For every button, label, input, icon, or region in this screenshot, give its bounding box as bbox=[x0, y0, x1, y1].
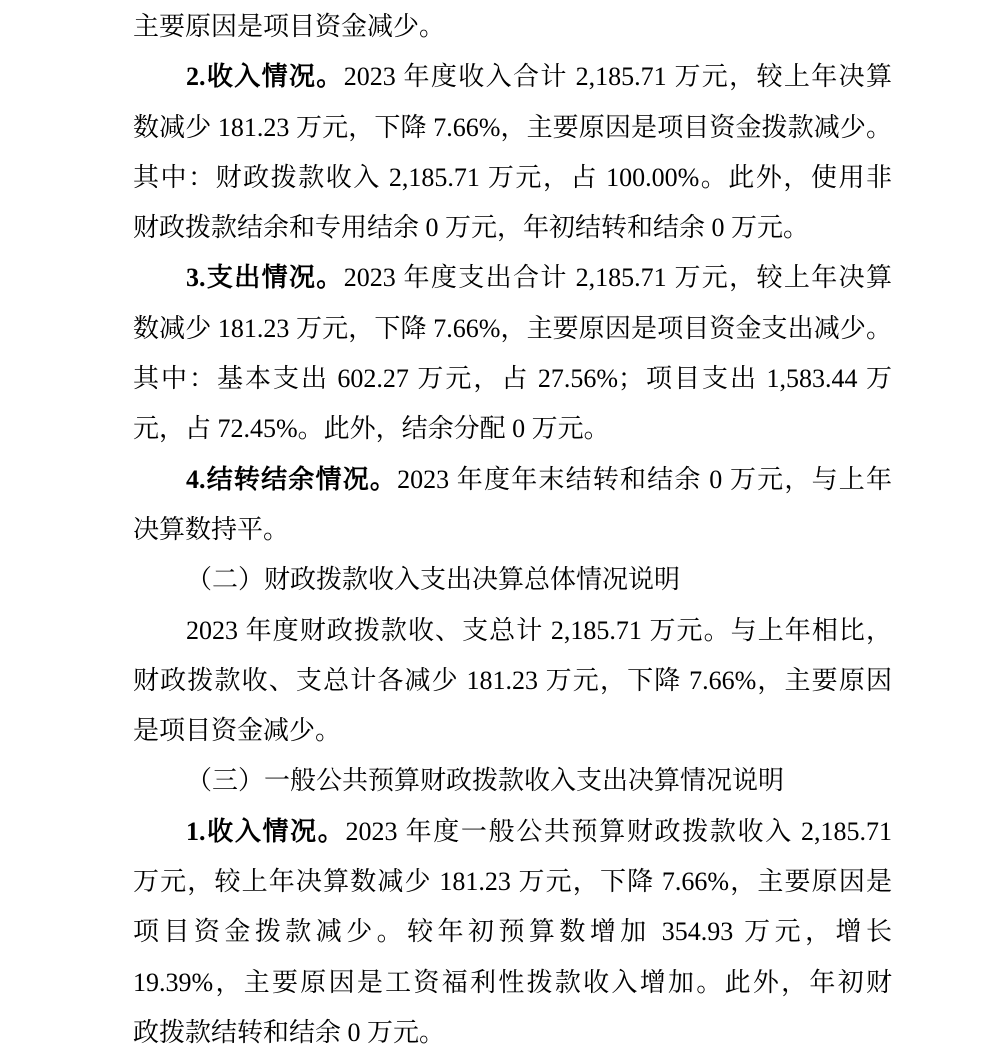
section-heading: （二）财政拨款收入支出决算总体情况说明 bbox=[133, 555, 892, 605]
text-line: 其中：基本支出 602.27 万元，占 27.56%；项目支出 1,583.44… bbox=[133, 354, 892, 404]
text-line: 4.结转结余情况。2023 年度年末结转和结余 0 万元，与上年 bbox=[133, 455, 892, 505]
text-line: 数减少 181.23 万元，下降 7.66%，主要原因是项目资金拨款减少。 bbox=[133, 103, 892, 153]
text-run: 主要原因是项目资金减少。 bbox=[133, 12, 445, 41]
text-line: 19.39%，主要原因是工资福利性拨款收入增加。此外，年初财 bbox=[133, 958, 892, 1008]
text-line: 万元，较上年决算数减少 181.23 万元，下降 7.66%，主要原因是 bbox=[133, 857, 892, 907]
text-run: （二）财政拨款收入支出决算总体情况说明 bbox=[186, 565, 680, 594]
text-run: 2023 年度一般公共预算财政拨款收入 2,185.71 bbox=[345, 817, 892, 846]
text-run: 2023 年度支出合计 2,185.71 万元，较上年决算 bbox=[344, 263, 892, 292]
text-run: 项目资金拨款减少。较年初预算数增加 354.93 万元，增长 bbox=[133, 917, 892, 946]
text-run: 财政拨款结余和专用结余 0 万元，年初结转和结余 0 万元。 bbox=[133, 213, 809, 242]
report-body-text: 主要原因是项目资金减少。 2.收入情况。2023 年度收入合计 2,185.71… bbox=[133, 2, 892, 1058]
text-line: 数减少 181.23 万元，下降 7.66%，主要原因是项目资金支出减少。 bbox=[133, 304, 892, 354]
text-line: 元，占 72.45%。此外，结余分配 0 万元。 bbox=[133, 404, 892, 454]
text-run: 2023 年度年末结转和结余 0 万元，与上年 bbox=[397, 465, 892, 494]
text-run: 19.39%，主要原因是工资福利性拨款收入增加。此外，年初财 bbox=[133, 968, 892, 997]
text-run: 万元，较上年决算数减少 181.23 万元，下降 7.66%，主要原因是 bbox=[133, 867, 892, 896]
text-line: 2.收入情况。2023 年度收入合计 2,185.71 万元，较上年决算 bbox=[133, 52, 892, 102]
section-heading: （三）一般公共预算财政拨款收入支出决算情况说明 bbox=[133, 756, 892, 806]
text-line: 是项目资金减少。 bbox=[133, 706, 892, 756]
text-line: 项目资金拨款减少。较年初预算数增加 354.93 万元，增长 bbox=[133, 907, 892, 957]
text-line: 决算数持平。 bbox=[133, 505, 892, 555]
text-line: 其中：财政拨款收入 2,185.71 万元，占 100.00%。此外，使用非 bbox=[133, 153, 892, 203]
text-run: 其中：基本支出 602.27 万元，占 27.56%；项目支出 1,583.44… bbox=[133, 364, 892, 393]
text-line: 3.支出情况。2023 年度支出合计 2,185.71 万元，较上年决算 bbox=[133, 253, 892, 303]
text-run: 元，占 72.45%。此外，结余分配 0 万元。 bbox=[133, 414, 610, 443]
paragraph-number-run: 1.收入情况。 bbox=[186, 817, 345, 846]
text-line: 财政拨款结余和专用结余 0 万元，年初结转和结余 0 万元。 bbox=[133, 203, 892, 253]
paragraph-number-run: 3.支出情况。 bbox=[186, 263, 344, 292]
text-run: 其中：财政拨款收入 2,185.71 万元，占 100.00%。此外，使用非 bbox=[133, 163, 892, 192]
text-run: 数减少 181.23 万元，下降 7.66%，主要原因是项目资金拨款减少。 bbox=[133, 113, 892, 142]
text-run: （三）一般公共预算财政拨款收入支出决算情况说明 bbox=[186, 766, 784, 795]
text-run: 是项目资金减少。 bbox=[133, 716, 341, 745]
paragraph-number-run: 4.结转结余情况。 bbox=[186, 465, 397, 494]
text-run: 2023 年度财政拨款收、支总计 2,185.71 万元。与上年相比， bbox=[186, 616, 892, 645]
text-run: 财政拨款收、支总计各减少 181.23 万元，下降 7.66%，主要原因 bbox=[133, 666, 892, 695]
text-line: 政拨款结转和结余 0 万元。 bbox=[133, 1008, 892, 1058]
text-line: 2023 年度财政拨款收、支总计 2,185.71 万元。与上年相比， bbox=[133, 606, 892, 656]
text-run: 数减少 181.23 万元，下降 7.66%，主要原因是项目资金支出减少。 bbox=[133, 314, 892, 343]
text-line: 主要原因是项目资金减少。 bbox=[133, 2, 892, 52]
document-page: 主要原因是项目资金减少。 2.收入情况。2023 年度收入合计 2,185.71… bbox=[0, 0, 1000, 1059]
paragraph-number-run: 2.收入情况。 bbox=[186, 62, 344, 91]
text-line: 1.收入情况。2023 年度一般公共预算财政拨款收入 2,185.71 bbox=[133, 807, 892, 857]
text-run: 决算数持平。 bbox=[133, 515, 289, 544]
text-line: 财政拨款收、支总计各减少 181.23 万元，下降 7.66%，主要原因 bbox=[133, 656, 892, 706]
text-run: 2023 年度收入合计 2,185.71 万元，较上年决算 bbox=[344, 62, 892, 91]
text-run: 政拨款结转和结余 0 万元。 bbox=[133, 1018, 445, 1047]
